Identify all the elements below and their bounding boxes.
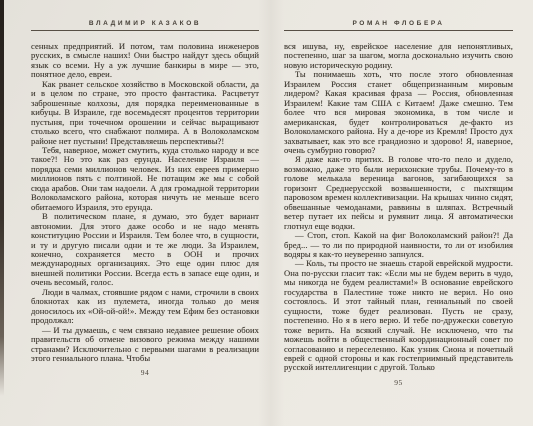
paragraph: вся ишува, ну, еврейское население для н… [284,42,513,70]
paragraph: В политическом плане, я думаю, это будет… [31,212,259,288]
left-page-number: 94 [31,368,259,377]
paragraph: — И ты думаешь, с чем связано недавнее р… [31,326,259,364]
paragraph: Тебя, наверное, может смутить, куда стол… [31,146,259,212]
right-page-number: 95 [284,378,513,387]
right-page: РОМАН ФЛОБЕРА вся ишува, ну, еврейское н… [284,20,513,387]
right-page-text: вся ишува, ну, еврейское население для н… [284,42,513,373]
left-head-rule [31,30,259,31]
paragraph: сенных предприятий. И потом, там половин… [31,42,259,80]
paragraph: — Стоп, стоп. Какой на фиг Волоколамский… [284,231,513,259]
paragraph: Люди в чалмах, стоявшие рядом с нами, ст… [31,288,259,326]
paragraph: Я даже как-то притих. В голове что-то пе… [284,155,513,231]
right-head-rule [284,30,513,31]
right-running-head: РОМАН ФЛОБЕРА [284,20,513,27]
paragraph: Ты понимаешь хоть, что после этого обнов… [284,70,513,155]
paragraph: — Коль, ты просто не знаешь старой еврей… [284,259,513,372]
left-page: ВЛАДИМИР КАЗАКОВ сенных предприятий. И п… [31,20,259,377]
left-running-head: ВЛАДИМИР КАЗАКОВ [31,20,259,27]
book-scan: ВЛАДИМИР КАЗАКОВ сенных предприятий. И п… [0,0,533,426]
book-left-edge-shadow [0,0,4,396]
paragraph: Как рванет сельское хозяйство в Московск… [31,80,259,146]
left-page-text: сенных предприятий. И потом, там половин… [31,42,259,363]
book-gutter [258,0,284,426]
